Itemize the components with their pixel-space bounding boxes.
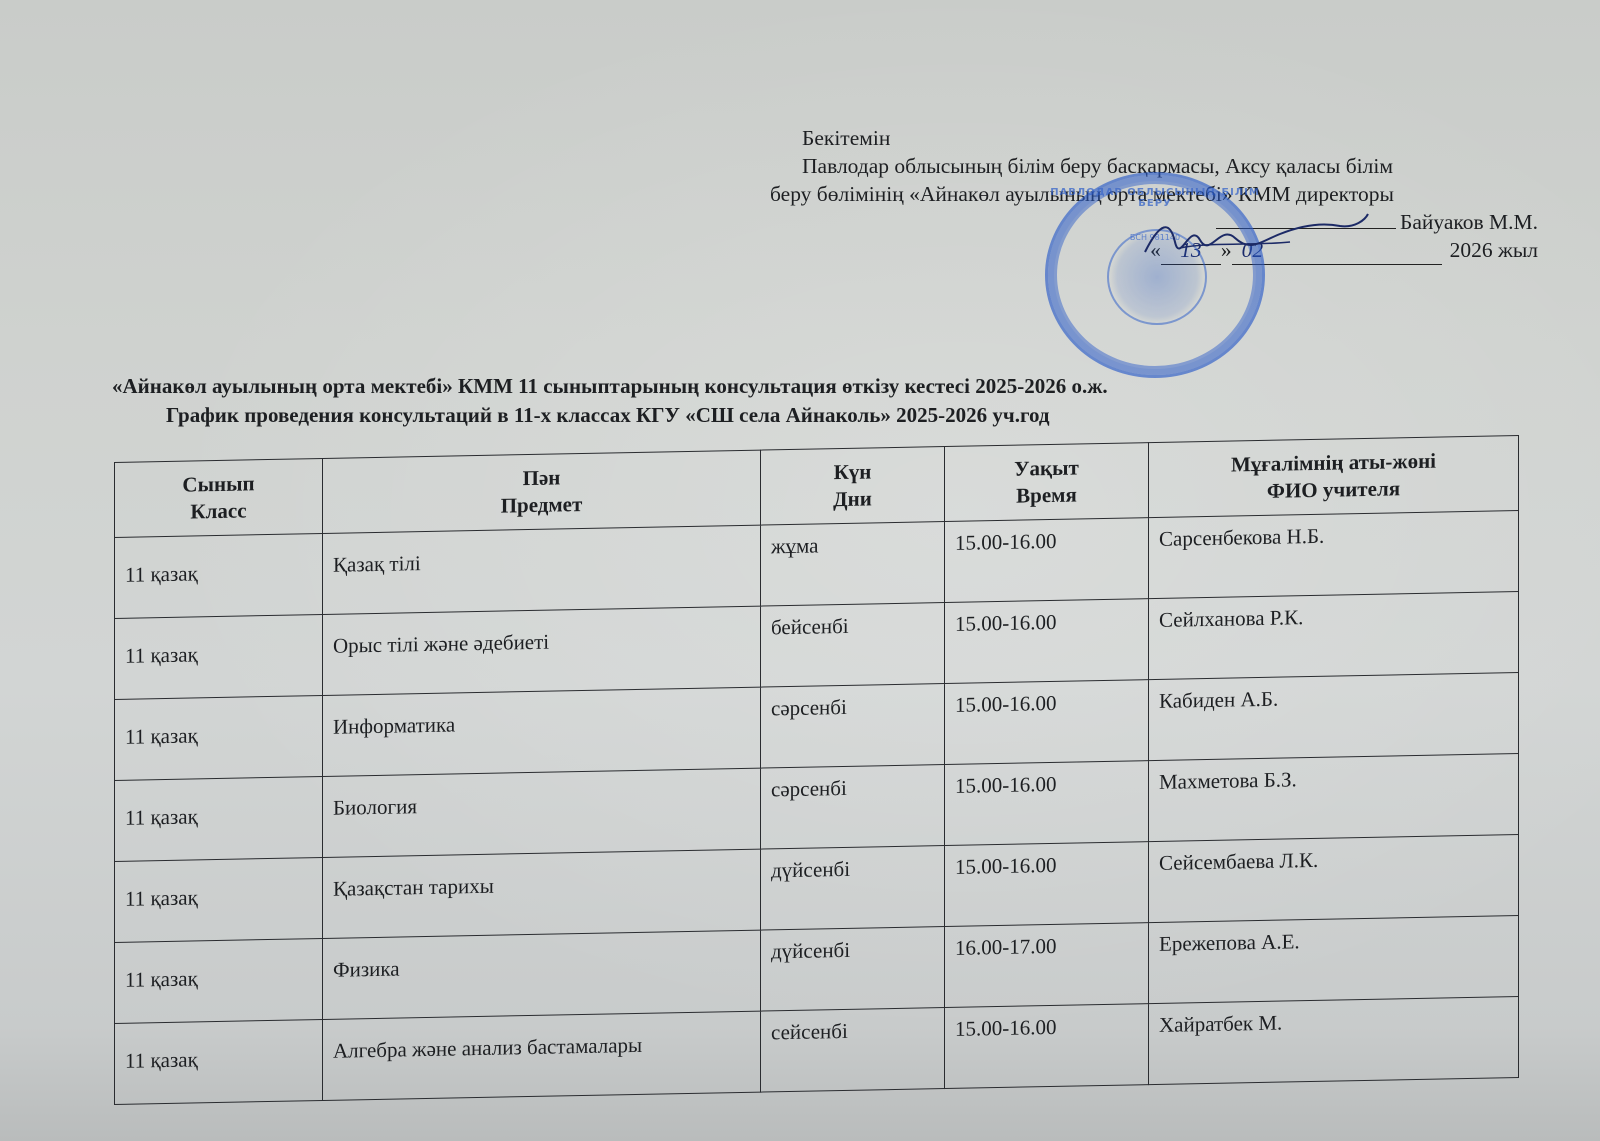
cell-day: жұма xyxy=(761,522,945,607)
cell-day: дүйсенбі xyxy=(761,927,945,1012)
cell-day: сәрсенбі xyxy=(761,765,945,850)
cell-class: 11 қазақ xyxy=(115,776,323,861)
cell-class: 11 қазақ xyxy=(115,857,323,942)
consultation-schedule-table: Сынып Класс Пән Предмет Күн Дни Уақыт Вр… xyxy=(114,435,1519,1105)
header-subject: Пән Предмет xyxy=(323,450,761,533)
cell-subject: Биология xyxy=(323,768,761,857)
cell-day: сәрсенбі xyxy=(761,684,945,769)
cell-class: 11 қазақ xyxy=(115,695,323,780)
cell-subject: Қазақ тілі xyxy=(323,525,761,614)
header-teacher: Мұғалімнің аты-жөні ФИО учителя xyxy=(1149,436,1519,518)
cell-teacher: Сейсембаева Л.К. xyxy=(1149,835,1519,923)
cell-subject: Қазақстан тарихы xyxy=(323,849,761,938)
approval-heading: Бекітемін xyxy=(770,124,1570,152)
official-stamp-icon: ПАВЛОДАР ОБЛЫСЫНЫҢ БІЛІМ БЕРУ БСН 981140 xyxy=(1045,172,1265,378)
cell-class: 11 қазақ xyxy=(115,614,323,699)
cell-time: 15.00-16.00 xyxy=(945,1004,1149,1089)
title-kazakh: «Айнакөл ауылының орта мектебі» КММ 11 с… xyxy=(112,372,1432,401)
cell-time: 15.00-16.00 xyxy=(945,599,1149,684)
cell-day: сейсенбі xyxy=(761,1008,945,1093)
cell-teacher: Сейлханова Р.К. xyxy=(1149,592,1519,680)
cell-teacher: Хайратбек М. xyxy=(1149,997,1519,1085)
director-name: Байуаков М.М. xyxy=(1400,210,1538,234)
cell-time: 15.00-16.00 xyxy=(945,842,1149,927)
cell-time: 15.00-16.00 xyxy=(945,680,1149,765)
cell-class: 11 қазақ xyxy=(115,938,323,1023)
schedule-table-wrap: Сынып Класс Пән Предмет Күн Дни Уақыт Вр… xyxy=(114,435,1518,1105)
cell-time: 15.00-16.00 xyxy=(945,518,1149,603)
cell-time: 16.00-17.00 xyxy=(945,923,1149,1008)
cell-class: 11 қазақ xyxy=(115,1019,323,1104)
title-russian: График проведения консультаций в 11-х кл… xyxy=(112,401,1432,430)
document-titles: «Айнакөл ауылының орта мектебі» КММ 11 с… xyxy=(112,372,1432,430)
header-class: Сынып Класс xyxy=(115,458,323,537)
header-day: Күн Дни xyxy=(761,447,945,526)
cell-day: бейсенбі xyxy=(761,603,945,688)
cell-subject: Алгебра және анализ бастамалары xyxy=(323,1011,761,1100)
cell-teacher: Махметова Б.З. xyxy=(1149,754,1519,842)
signature-icon xyxy=(1140,212,1370,262)
date-year: 2026 жыл xyxy=(1450,238,1538,262)
cell-subject: Орыс тілі және әдебиеті xyxy=(323,606,761,695)
cell-subject: Физика xyxy=(323,930,761,1019)
cell-teacher: Сарсенбекова Н.Б. xyxy=(1149,511,1519,599)
cell-teacher: Кабиден А.Б. xyxy=(1149,673,1519,761)
stamp-text: ПАВЛОДАР ОБЛЫСЫНЫҢ БІЛІМ БЕРУ xyxy=(1048,187,1262,209)
cell-subject: Информатика xyxy=(323,687,761,776)
header-time: Уақыт Время xyxy=(945,443,1149,522)
cell-time: 15.00-16.00 xyxy=(945,761,1149,846)
cell-class: 11 қазақ xyxy=(115,533,323,618)
cell-day: дүйсенбі xyxy=(761,846,945,931)
cell-teacher: Ережепова А.Е. xyxy=(1149,916,1519,1004)
